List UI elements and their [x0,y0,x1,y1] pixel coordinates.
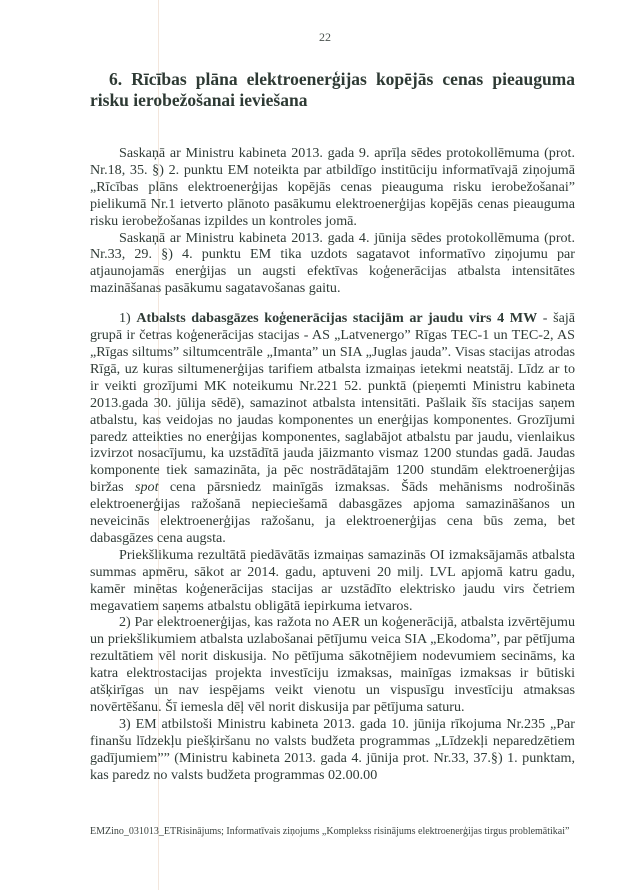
section-text: Saskaņā ar Ministru kabineta 2013. gada … [90,145,575,784]
section-heading: 6. Rīcības plāna elektroenerģijas kopējā… [90,69,575,111]
list-item-1: 1) Atbalsts dabasgāzes koģenerācijas sta… [90,310,575,547]
list-item-2: 2) Par elektroenerģijas, kas ražota no A… [90,614,575,715]
item-text: - šajā grupā ir četras koģenerācijas sta… [90,310,575,495]
page-number: 22 [0,30,630,45]
italic-term: spot [135,479,159,495]
list-item-3: 3) EM atbilstoši Ministru kabineta 2013.… [90,716,575,784]
document-body: 6. Rīcības plāna elektroenerģijas kopējā… [90,69,575,784]
paragraph: Priekšlikuma rezultātā piedāvātās izmaiņ… [90,547,575,615]
document-footer: EMZino_031013_ETRisinājums; Informatīvai… [90,826,575,838]
item-text: cena pārsniedz mainīgās izmaksas. Šāds m… [90,479,575,546]
item-bold-lead: Atbalsts dabasgāzes koģenerācijas stacij… [136,310,537,326]
item-number: 1) [119,310,131,326]
paragraph: Saskaņā ar Ministru kabineta 2013. gada … [90,230,575,298]
paragraph: Saskaņā ar Ministru kabineta 2013. gada … [90,145,575,230]
